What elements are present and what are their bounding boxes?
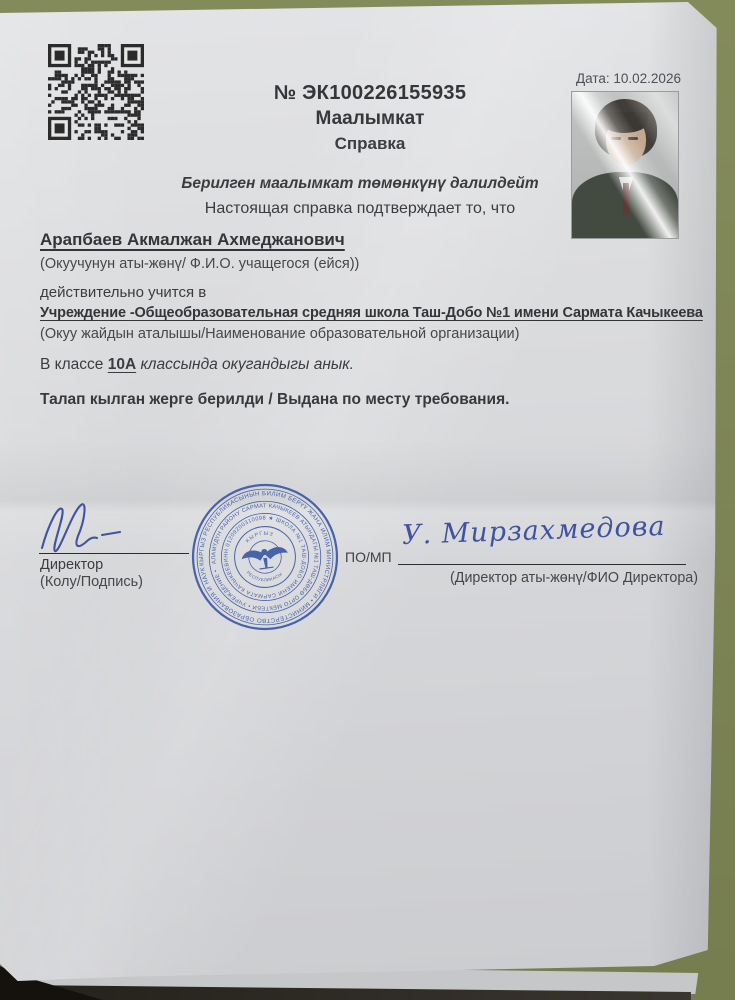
signature-rule-right xyxy=(398,564,686,565)
title-kyrgyz: Маалымкат xyxy=(120,108,620,130)
stamp-eagle-emblem xyxy=(241,546,290,572)
signature-rule-left xyxy=(39,553,189,554)
student-name-caption: (Окуучунун аты-жөнү/ Ф.И.О. учащегося (е… xyxy=(40,256,359,272)
issued-line: Талап кылган жерге берилди / Выдана по м… xyxy=(40,391,509,409)
certificate-paper: Дата: 10.02.2026 № ЭК100226155935 Маалым… xyxy=(0,0,735,1000)
school-name-caption: (Окуу жайдын аталышы/Наименование образо… xyxy=(40,326,519,342)
school-name: Учреждение -Общеобразовательная средняя … xyxy=(40,305,703,321)
signature-caption: (Колу/Подпись) xyxy=(40,574,143,590)
director-name-caption: (Директор аты-жөнү/ФИО Директора) xyxy=(450,570,698,586)
intro-russian: Настоящая справка подтверждает то, что xyxy=(60,200,660,218)
class-suffix: классында окугандыгы анык. xyxy=(136,356,354,373)
photographed-certificate: Дата: 10.02.2026 № ЭК100226155935 Маалым… xyxy=(0,0,735,1000)
class-line: В классе 10А классында окугандыгы анык. xyxy=(40,356,354,374)
student-name: Арапбаев Акмалжан Ахмеджанович xyxy=(40,230,345,250)
class-value: 10А xyxy=(108,356,136,373)
title-russian: Справка xyxy=(120,134,620,154)
stamp-place-label: ПО/МП xyxy=(345,549,392,565)
title-block: № ЭК100226155935 Маалымкат Справка xyxy=(120,82,620,154)
intro-kyrgyz: Берилген маалымкат төмөнкүнү далилдейт xyxy=(60,175,660,193)
intro-block: Берилген маалымкат төмөнкүнү далилдейт Н… xyxy=(60,175,660,218)
director-label: Директор xyxy=(40,557,103,573)
class-prefix: В классе xyxy=(40,356,108,373)
document-number: № ЭК100226155935 xyxy=(120,82,620,105)
official-round-stamp: КЫРГЫЗ РЕСПУБЛИКАСЫНЫН БИЛИМ БЕРҮҮ ЖАНА … xyxy=(179,471,351,643)
studies-line: действительно учится в xyxy=(40,284,206,301)
